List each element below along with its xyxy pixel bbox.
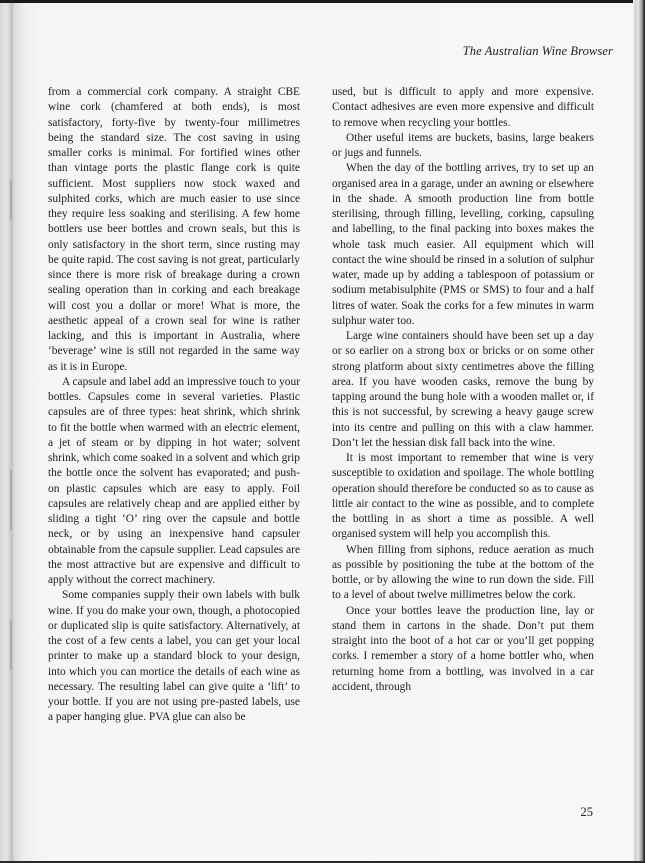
gutter-shadow bbox=[10, 620, 12, 670]
paragraph: used, but is difficult to apply and more… bbox=[332, 85, 594, 131]
scanned-book-page: The Australian Wine Browser from a comme… bbox=[0, 0, 645, 863]
right-column: used, but is difficult to apply and more… bbox=[332, 85, 594, 695]
gutter-shadow bbox=[10, 180, 12, 220]
scan-right-edge bbox=[633, 0, 645, 863]
paragraph: When the day of the bottling arrives, tr… bbox=[332, 161, 594, 329]
left-column: from a commercial cork company. A straig… bbox=[48, 85, 300, 726]
paragraph: A capsule and label add an impressive to… bbox=[48, 375, 300, 589]
running-head: The Australian Wine Browser bbox=[463, 44, 613, 59]
paragraph: Once your bottles leave the production l… bbox=[332, 604, 594, 696]
paragraph: When filling from siphons, reduce aerati… bbox=[332, 543, 594, 604]
gutter-shadow bbox=[10, 470, 12, 530]
paragraph: It is most important to remember that wi… bbox=[332, 451, 594, 543]
paragraph: Other useful items are buckets, basins, … bbox=[332, 131, 594, 162]
scan-top-border bbox=[0, 0, 645, 3]
paragraph: Some companies supply their own labels w… bbox=[48, 588, 300, 725]
paragraph: from a commercial cork company. A straig… bbox=[48, 85, 300, 375]
page-number: 25 bbox=[581, 805, 594, 820]
paragraph: Large wine containers should have been s… bbox=[332, 329, 594, 451]
